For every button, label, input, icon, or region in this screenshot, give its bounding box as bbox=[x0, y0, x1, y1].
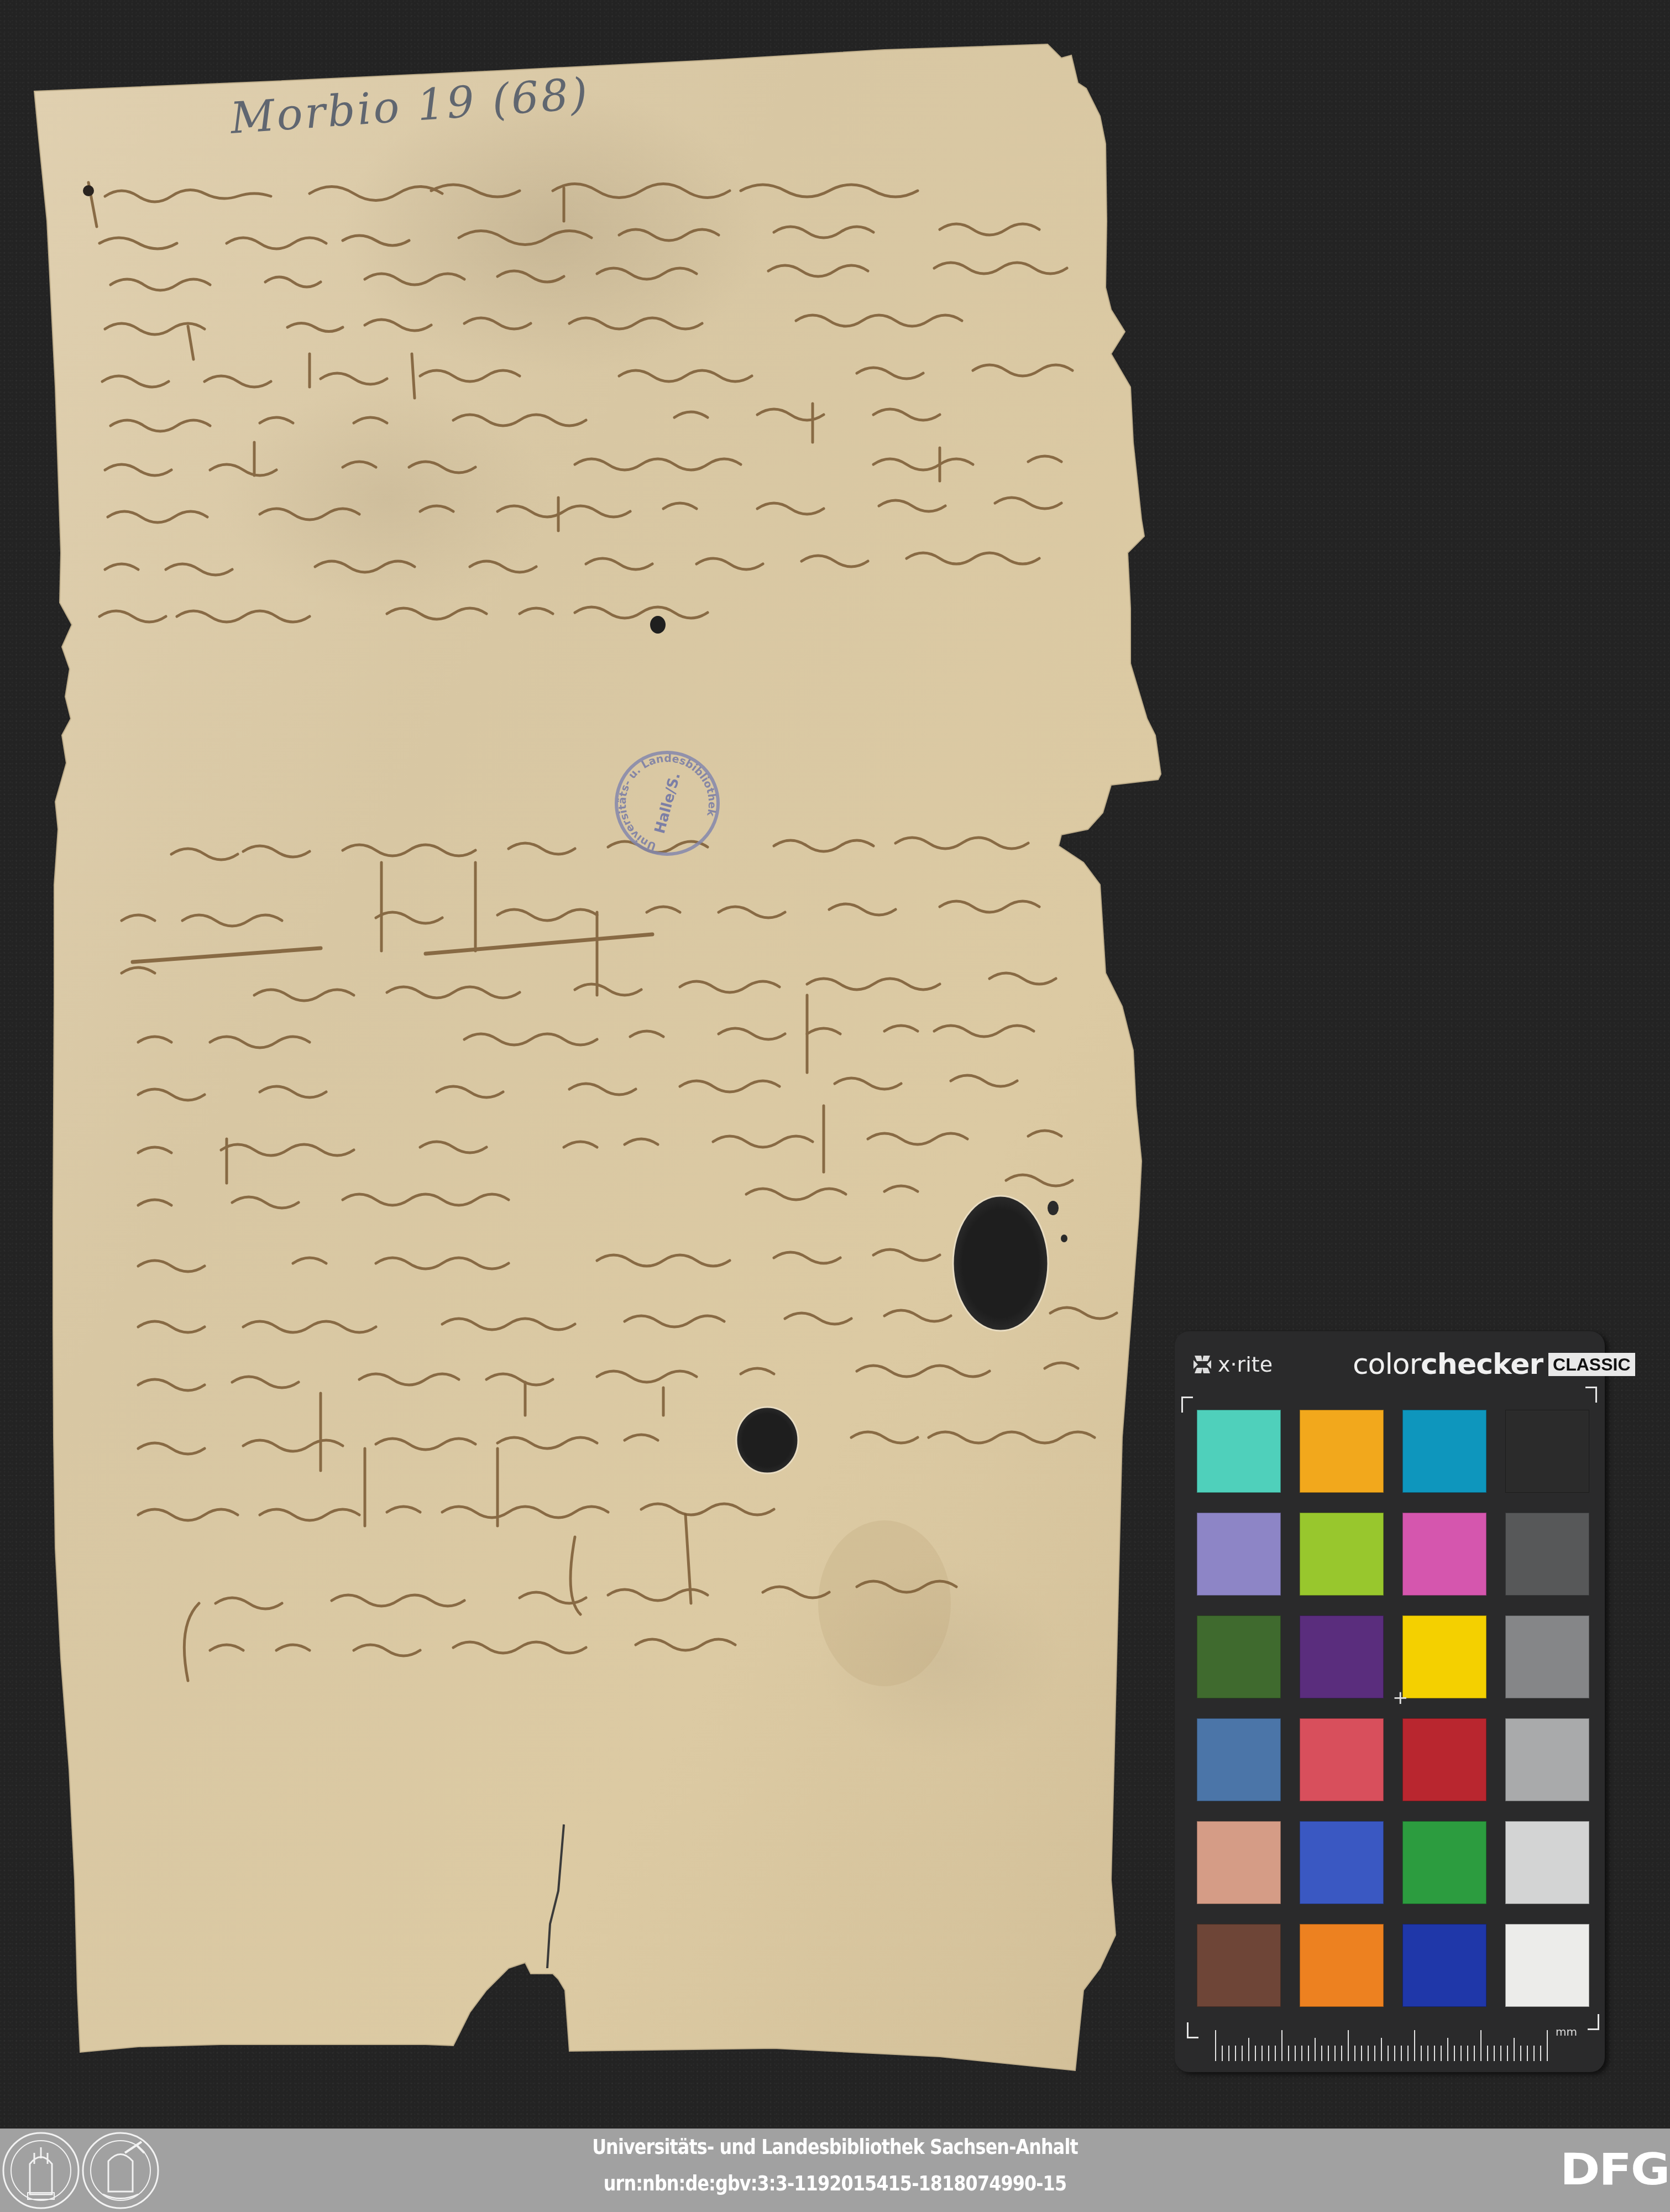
xrite-brand-text: x·rite bbox=[1218, 1352, 1273, 1377]
color-patch-r1-c4 bbox=[1505, 1410, 1589, 1493]
color-patch-r3-c3 bbox=[1402, 1615, 1486, 1698]
xrite-icon bbox=[1192, 1353, 1212, 1376]
title-light: color bbox=[1353, 1348, 1421, 1381]
corner-mark-bottom-left bbox=[1187, 2022, 1198, 2038]
xrite-logo: x·rite bbox=[1192, 1352, 1273, 1377]
footer-institution: Universitäts- und Landesbibliothek Sachs… bbox=[117, 2135, 1553, 2159]
color-patch-r3-c1 bbox=[1197, 1615, 1281, 1698]
color-patch-r2-c4 bbox=[1505, 1513, 1589, 1596]
corner-mark-bottom-right bbox=[1588, 2014, 1599, 2030]
classic-badge: CLASSIC bbox=[1548, 1353, 1635, 1376]
corner-mark-top-right bbox=[1585, 1387, 1597, 1403]
color-patch-r2-c3 bbox=[1402, 1513, 1486, 1596]
color-patch-r5-c2 bbox=[1300, 1821, 1384, 1904]
color-patch-r3-c4 bbox=[1505, 1615, 1589, 1698]
color-patch-r5-c1 bbox=[1197, 1821, 1281, 1904]
color-patch-r4-c3 bbox=[1402, 1718, 1486, 1801]
library-stamp-center: Halle/S. bbox=[611, 746, 724, 860]
color-patch-r4-c4 bbox=[1505, 1718, 1589, 1801]
color-patch-r4-c1 bbox=[1197, 1718, 1281, 1801]
color-patch-r6-c4 bbox=[1505, 1924, 1589, 2007]
corner-mark-top-left bbox=[1181, 1397, 1193, 1413]
color-patch-r3-c2 bbox=[1300, 1615, 1384, 1698]
color-patch-r1-c2 bbox=[1300, 1410, 1384, 1493]
color-patch-r5-c4 bbox=[1505, 1821, 1589, 1904]
crosshair-icon: + bbox=[1392, 1688, 1409, 1707]
color-patch-r4-c2 bbox=[1300, 1718, 1384, 1801]
dfg-logo: DFG bbox=[1560, 2148, 1669, 2192]
mm-ruler bbox=[1213, 2027, 1551, 2061]
color-patch-r6-c1 bbox=[1197, 1924, 1281, 2007]
stamp-center-text: Halle/S. bbox=[598, 734, 737, 872]
colorchecker-title: colorchecker CLASSIC bbox=[1353, 1348, 1635, 1381]
title-bold: checker bbox=[1421, 1348, 1543, 1381]
footer-urn: urn:nbn:de:gbv:3:3-1192015415-1818074990… bbox=[117, 2172, 1553, 2195]
color-patch-r1-c3 bbox=[1402, 1410, 1486, 1493]
ruler-unit-label: mm bbox=[1556, 2025, 1577, 2038]
color-patch-r5-c3 bbox=[1402, 1821, 1486, 1904]
small-hole bbox=[736, 1407, 798, 1473]
color-checker-card: x·rite colorchecker CLASSIC + mm bbox=[1175, 1331, 1605, 2072]
color-patch-r2-c2 bbox=[1300, 1513, 1384, 1596]
color-patch-r1-c1 bbox=[1197, 1410, 1281, 1493]
university-seal-halle-icon bbox=[1, 2131, 81, 2211]
color-patch-r2-c1 bbox=[1197, 1513, 1281, 1596]
large-hole bbox=[953, 1196, 1048, 1331]
color-patch-r6-c3 bbox=[1402, 1924, 1486, 2007]
color-patch-r6-c2 bbox=[1300, 1924, 1384, 2007]
footer-bar: Universitäts- und Landesbibliothek Sachs… bbox=[0, 2129, 1670, 2212]
pinhole bbox=[650, 616, 666, 634]
